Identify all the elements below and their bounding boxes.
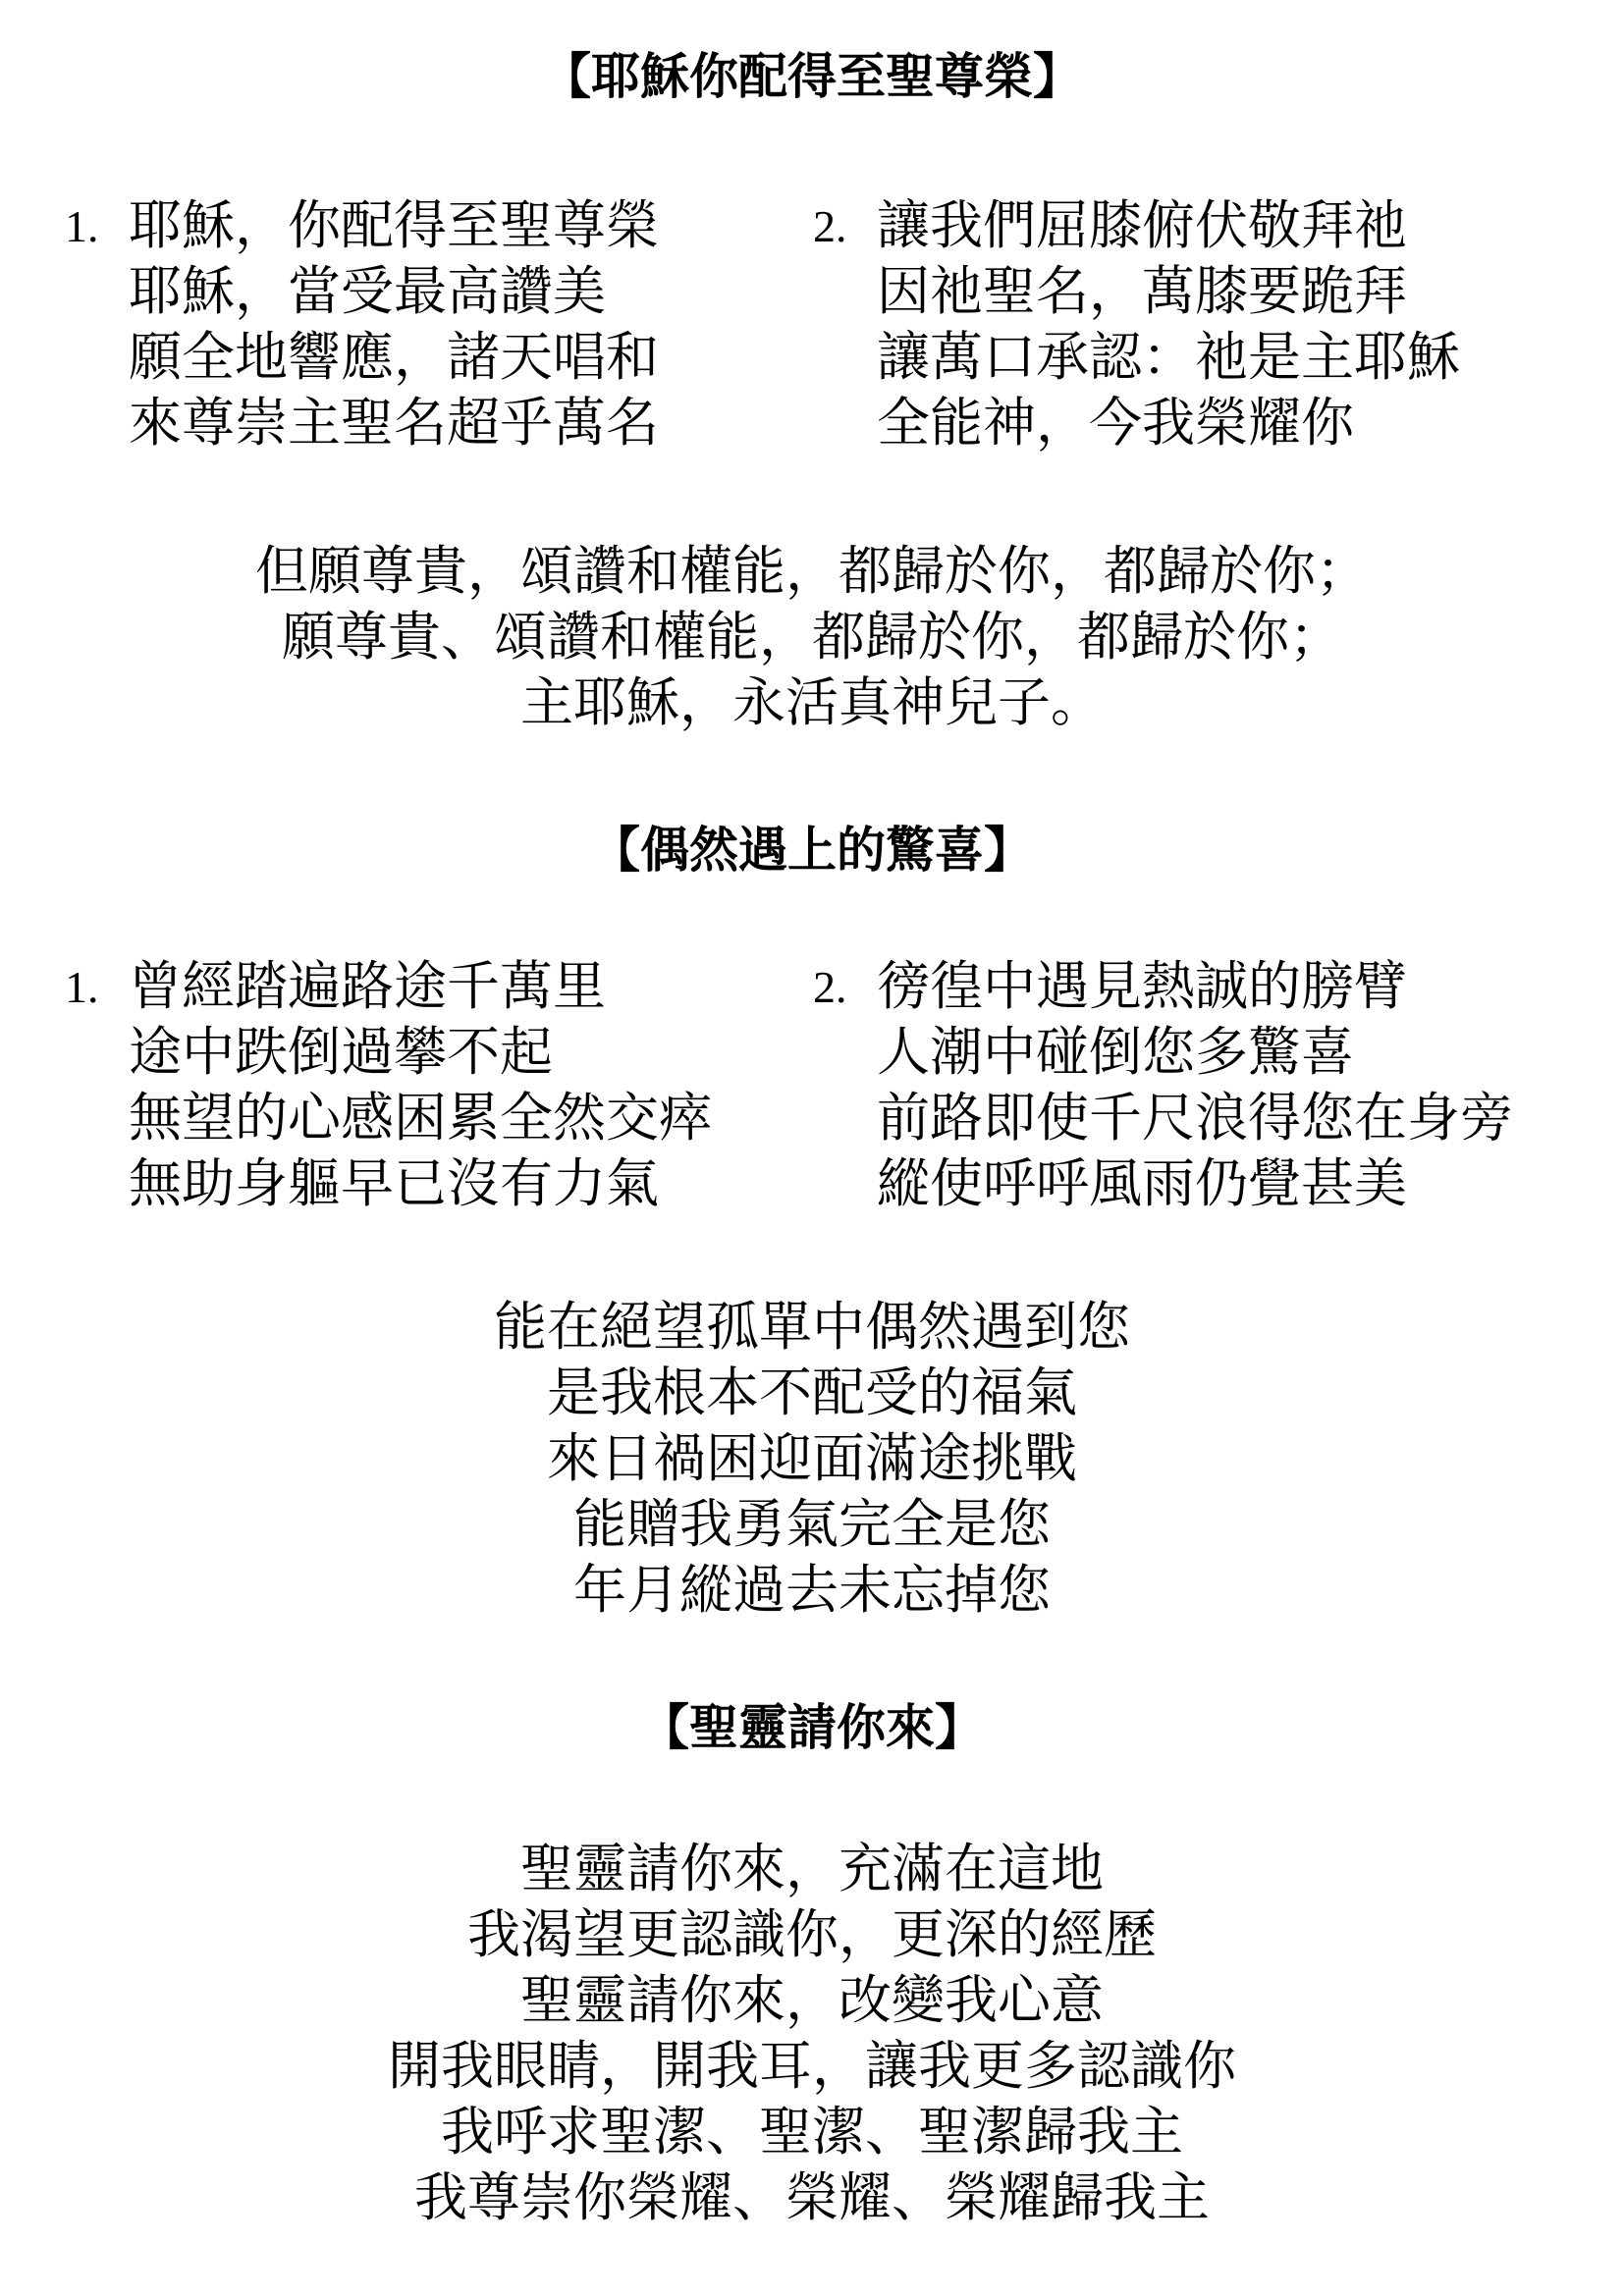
lyric-line: 無助身軀早已沒有力氣 <box>129 1151 712 1217</box>
song1-verse-row: 1. 耶穌，你配得至聖尊榮 耶穌，當受最高讚美 願全地響應，諸天唱和 來尊崇主聖… <box>0 193 1624 456</box>
verse-lines: 耶穌，你配得至聖尊榮 耶穌，當受最高讚美 願全地響應，諸天唱和 來尊崇主聖名超乎… <box>129 193 659 456</box>
lyric-line: 開我眼睛，開我耳，讓我更多認識你 <box>0 2034 1624 2100</box>
verse-number: 1. <box>65 954 129 1020</box>
song2-title: 【偶然遇上的驚喜】 <box>0 818 1624 883</box>
lyric-line: 我呼求聖潔、聖潔、聖潔歸我主 <box>0 2100 1624 2165</box>
lyric-line: 聖靈請你來，充滿在這地 <box>0 1837 1624 1902</box>
song1-title: 【耶穌你配得至聖尊榮】 <box>0 44 1624 110</box>
song1-chorus: 但願尊貴，頌讚和權能，都歸於你，都歸於你； 願尊貴、頌讚和權能，都歸於你，都歸於… <box>0 539 1624 736</box>
lyric-line: 耶穌，當受最高讚美 <box>129 259 659 325</box>
chorus-line: 但願尊貴，頌讚和權能，都歸於你，都歸於你； <box>0 539 1624 605</box>
verse-number: 2. <box>813 954 877 1020</box>
chorus-line: 年月縱過去未忘掉您 <box>0 1558 1624 1624</box>
lyric-line: 耶穌，你配得至聖尊榮 <box>129 193 659 259</box>
lyric-line: 前路即使千尺浪得您在身旁 <box>877 1086 1513 1151</box>
lyric-line: 讓萬口承認：祂是主耶穌 <box>877 325 1460 391</box>
lyric-line: 徬徨中遇見熱誠的膀臂 <box>877 954 1513 1020</box>
lyric-line: 因祂聖名，萬膝要跪拜 <box>877 259 1460 325</box>
lyric-line: 無望的心感困累全然交瘁 <box>129 1086 712 1151</box>
song2-chorus: 能在絕望孤單中偶然遇到您 是我根本不配受的福氣 來日禍困迎面滿途挑戰 能贈我勇氣… <box>0 1295 1624 1624</box>
lyric-line: 願全地響應，諸天唱和 <box>129 325 659 391</box>
verse-number: 2. <box>813 193 877 259</box>
lyric-line: 我尊崇你榮耀、榮耀、榮耀歸我主 <box>0 2165 1624 2231</box>
chorus-line: 願尊貴、頌讚和權能，都歸於你，都歸於你； <box>0 605 1624 670</box>
song3-lyrics: 聖靈請你來，充滿在這地 我渴望更認識你，更深的經歷 聖靈請你來，改變我心意 開我… <box>0 1837 1624 2231</box>
chorus-line: 能贈我勇氣完全是您 <box>0 1492 1624 1558</box>
song2-verse1: 1. 曾經踏遍路途千萬里 途中跌倒過攀不起 無望的心感困累全然交瘁 無助身軀早已… <box>65 954 813 1217</box>
verse-lines: 曾經踏遍路途千萬里 途中跌倒過攀不起 無望的心感困累全然交瘁 無助身軀早已沒有力… <box>129 954 712 1217</box>
lyrics-sheet: 【耶穌你配得至聖尊榮】 1. 耶穌，你配得至聖尊榮 耶穌，當受最高讚美 願全地響… <box>0 0 1624 2231</box>
song1-verse1: 1. 耶穌，你配得至聖尊榮 耶穌，當受最高讚美 願全地響應，諸天唱和 來尊崇主聖… <box>65 193 813 456</box>
lyric-line: 途中跌倒過攀不起 <box>129 1020 712 1086</box>
lyric-line: 讓我們屈膝俯伏敬拜祂 <box>877 193 1460 259</box>
verse-number: 1. <box>65 193 129 259</box>
verse-lines: 徬徨中遇見熱誠的膀臂 人潮中碰倒您多驚喜 前路即使千尺浪得您在身旁 縱使呼呼風雨… <box>877 954 1513 1217</box>
lyric-line: 來尊崇主聖名超乎萬名 <box>129 391 659 456</box>
lyric-line: 我渴望更認識你，更深的經歷 <box>0 1902 1624 1968</box>
lyric-line: 縱使呼呼風雨仍覺甚美 <box>877 1151 1513 1217</box>
song1-verse2: 2. 讓我們屈膝俯伏敬拜祂 因祂聖名，萬膝要跪拜 讓萬口承認：祂是主耶穌 全能神… <box>813 193 1460 456</box>
chorus-line: 主耶穌，永活真神兒子。 <box>0 670 1624 736</box>
verse-lines: 讓我們屈膝俯伏敬拜祂 因祂聖名，萬膝要跪拜 讓萬口承認：祂是主耶穌 全能神，今我… <box>877 193 1460 456</box>
lyric-line: 曾經踏遍路途千萬里 <box>129 954 712 1020</box>
chorus-line: 來日禍困迎面滿途挑戰 <box>0 1426 1624 1492</box>
song2-verse2: 2. 徬徨中遇見熱誠的膀臂 人潮中碰倒您多驚喜 前路即使千尺浪得您在身旁 縱使呼… <box>813 954 1513 1217</box>
song2-verse-row: 1. 曾經踏遍路途千萬里 途中跌倒過攀不起 無望的心感困累全然交瘁 無助身軀早已… <box>0 954 1624 1217</box>
chorus-line: 能在絕望孤單中偶然遇到您 <box>0 1295 1624 1361</box>
song3-title: 【聖靈請你來】 <box>0 1695 1624 1761</box>
lyric-line: 人潮中碰倒您多驚喜 <box>877 1020 1513 1086</box>
chorus-line: 是我根本不配受的福氣 <box>0 1361 1624 1426</box>
lyric-line: 聖靈請你來，改變我心意 <box>0 1968 1624 2034</box>
lyric-line: 全能神，今我榮耀你 <box>877 391 1460 456</box>
